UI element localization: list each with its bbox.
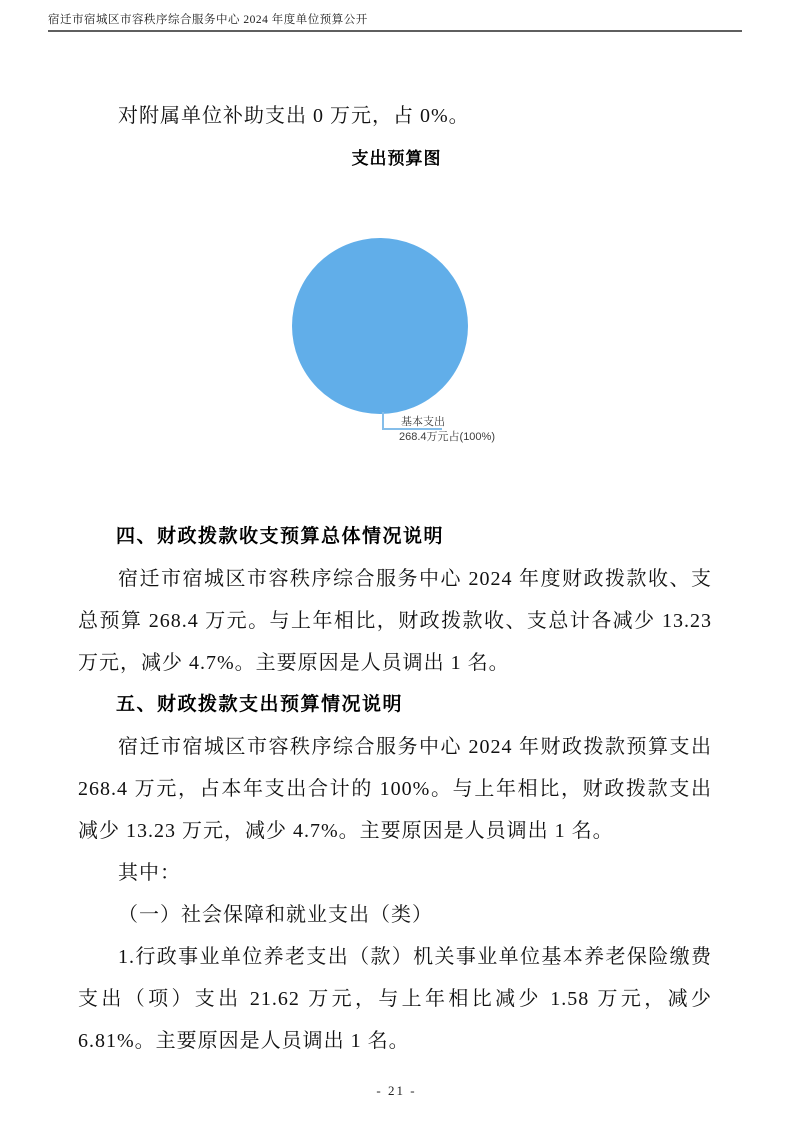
pie-callout-line-horizontal	[382, 428, 442, 430]
document-header: 宿迁市宿城区市容秩序综合服务中心 2024 年度单位预算公开	[48, 11, 742, 32]
pie-callout-label-name: 基本支出	[401, 416, 445, 428]
section-5-paragraph-1: 宿迁市宿城区市容秩序综合服务中心 2024 年财政拨款预算支出 268.4 万元…	[78, 726, 712, 852]
chart-title: 支出预算图	[0, 144, 793, 169]
pie-slice-basic-expenditure	[292, 238, 468, 414]
document-page: 宿迁市宿城区市容秩序综合服务中心 2024 年度单位预算公开 对附属单位补助支出…	[0, 0, 793, 1122]
header-title: 宿迁市宿城区市容秩序综合服务中心 2024 年度单位预算公开	[48, 14, 368, 26]
section-heading-5: 五、财政拨款支出预算情况说明	[78, 684, 712, 726]
section-5-paragraph-4: 1.行政事业单位养老支出（款）机关事业单位基本养老保险缴费支出（项）支出 21.…	[78, 936, 712, 1062]
section-4-paragraph: 宿迁市宿城区市容秩序综合服务中心 2024 年度财政拨款收、支总预算 268.4…	[78, 558, 712, 684]
section-5-paragraph-3: （一）社会保障和就业支出（类）	[78, 894, 712, 936]
intro-paragraph: 对附属单位补助支出 0 万元，占 0%。	[78, 101, 712, 131]
section-5-paragraph-2: 其中：	[78, 852, 712, 894]
section-heading-4: 四、财政拨款收支预算总体情况说明	[78, 516, 712, 558]
main-text-block: 四、财政拨款收支预算总体情况说明 宿迁市宿城区市容秩序综合服务中心 2024 年…	[78, 516, 712, 1062]
pie-callout-label-value: 268.4万元占(100%)	[399, 431, 495, 443]
page-number: - 21 -	[0, 1083, 793, 1099]
